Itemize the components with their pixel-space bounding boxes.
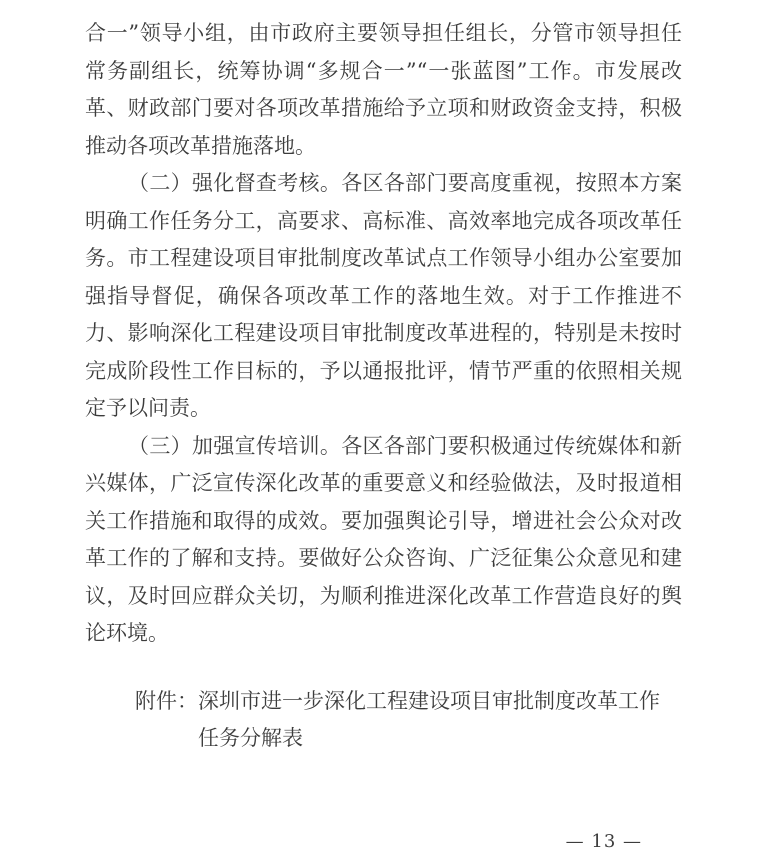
document-body: 合一”领导小组，由市政府主要领导担任组长，分管市领导担任常务副组长，统筹协调“多… (85, 15, 682, 758)
attachment-title-line1: 深圳市进一步深化工程建设项目审批制度改革工作 (198, 689, 660, 713)
document-page: 合一”领导小组，由市政府主要领导担任组长，分管市领导担任常务副组长，统筹协调“多… (0, 0, 760, 860)
paragraph-section-2: （二）强化督查考核。各区各部门要高度重视，按照本方案明确工作任务分工，高要求、高… (85, 165, 682, 428)
attachment-label: 附件： (135, 683, 198, 721)
attachment-note: 附件： 深圳市进一步深化工程建设项目审批制度改革工作 任务分解表 (85, 683, 682, 758)
page-number: — 13 — (566, 832, 642, 852)
paragraph-continuation: 合一”领导小组，由市政府主要领导担任组长，分管市领导担任常务副组长，统筹协调“多… (85, 15, 682, 165)
paragraph-section-3: （三）加强宣传培训。各区各部门要积极通过传统媒体和新兴媒体，广泛宣传深化改革的重… (85, 428, 682, 653)
attachment-title: 深圳市进一步深化工程建设项目审批制度改革工作 任务分解表 (198, 683, 682, 758)
attachment-title-line2: 任务分解表 (198, 726, 303, 750)
